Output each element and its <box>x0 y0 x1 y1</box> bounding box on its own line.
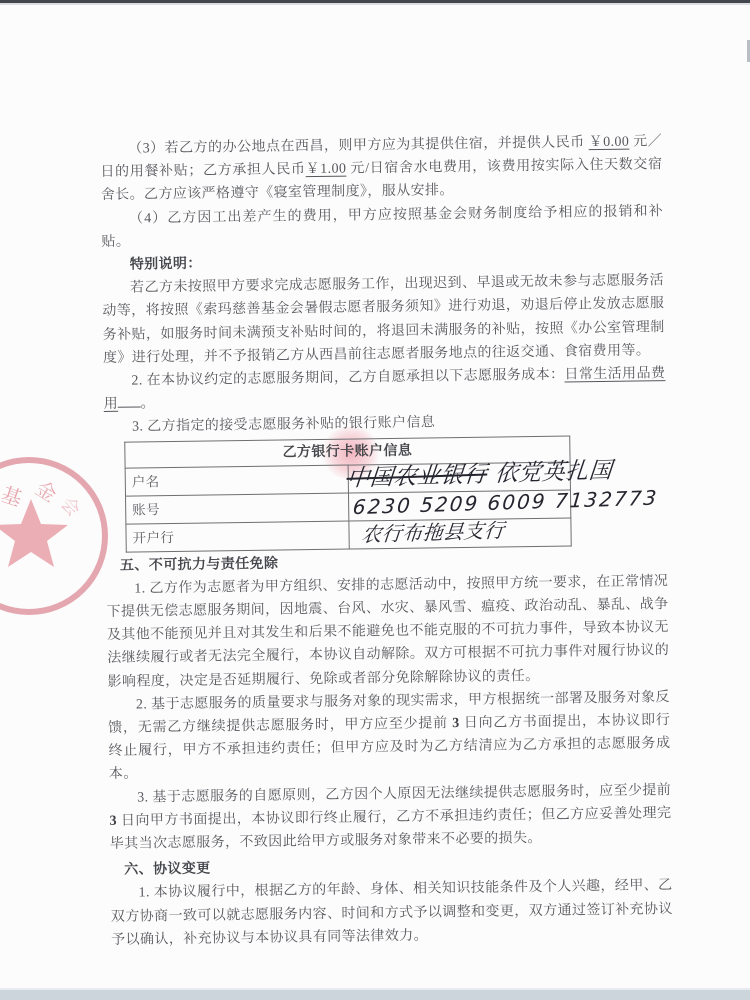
section-5-paragraph-3: 3. 基于志愿服务的自愿原则，乙方因个人原因无法继续提供志愿服务时，应至少提前 … <box>109 779 672 856</box>
underline-blank <box>118 393 141 408</box>
contract-body: （3）若乙方的办公地点在西昌，则甲方应为其提供住宿，并提供人民币 ￥0.00 元… <box>100 130 673 952</box>
account-name-label: 户名 <box>125 465 348 496</box>
svg-text:基: 基 <box>0 482 25 511</box>
svg-text:会: 会 <box>56 493 84 520</box>
special-note-label-text: 特别说明： <box>130 257 202 273</box>
special-note-body-text: 若乙方未按照甲方要求完成志愿服务工作，出现迟到、早退或无故未参与志愿服务活动等，… <box>102 273 664 365</box>
bank-account-table: 乙方银行卡账户信息 户名 中国农业银行 依党英扎国 账号 6230 5209 6… <box>124 435 572 552</box>
item-2-period: 。 <box>140 396 155 411</box>
bank-branch-value: 农行布拖县支行 <box>348 518 571 549</box>
meal-subsidy-amount: ￥0.00 <box>589 135 630 151</box>
clause-3-text: （3）若乙方的办公地点在西昌，则甲方应为其提供住宿，并提供人民币 <box>128 135 589 156</box>
account-number-label: 账号 <box>125 493 348 524</box>
handwritten-bank-branch: 农行布拖县支行 <box>360 519 505 547</box>
utility-fee-amount: ￥1.00 <box>305 162 346 178</box>
item-2-text: 2. 在本协议约定的志愿服务期间，乙方自愿承担以下志愿服务成本： <box>131 368 564 389</box>
account-name-value: 中国农业银行 依党英扎国 <box>348 462 571 493</box>
section-5-title-text: 五、不可抗力与责任免除 <box>120 556 279 573</box>
section-6-paragraph-1: 1. 本协议履行中，根据乙方的年龄、身体、相关知识技能条件及个人兴趣，经甲、乙双… <box>110 875 673 952</box>
bank-branch-label: 开户行 <box>126 521 349 552</box>
item-2-paragraph: 2. 在本协议约定的志愿服务期间，乙方自愿承担以下志愿服务成本：日常生活用品费用… <box>103 362 666 416</box>
clause-4-text: （4）乙方因工出差产生的费用，甲方应按照基金会财务制度给予相应的报销和补贴。 <box>101 204 663 250</box>
table-row: 开户行 农行布拖县支行 <box>126 518 571 552</box>
clause-3-paragraph: （3）若乙方的办公地点在西昌，则甲方应为其提供住宿，并提供人民币 ￥0.00 元… <box>100 130 663 207</box>
section-5-paragraph-1: 1. 乙方作为志愿者为甲方组织、安排的志愿活动中，按照甲方统一要求，在正常情况下… <box>106 570 670 694</box>
account-number-value: 6230 5209 6009 7132773 <box>348 490 571 521</box>
scan-bottom-edge <box>0 990 750 1000</box>
section-6-title-text: 六、协议变更 <box>124 862 211 878</box>
clause-4-paragraph: （4）乙方因工出差产生的费用，甲方应按照基金会财务制度给予相应的报销和补贴。 <box>101 200 664 254</box>
handwritten-holder-name: 依党英扎国 <box>493 457 613 487</box>
handwritten-account-number: 6230 5209 6009 7132773 <box>351 486 658 519</box>
section-5-paragraph-2: 2. 基于志愿服务的质量要求与服务对象的现实需求，甲方根据统一部署及服务对象反馈… <box>108 686 671 787</box>
svg-text:金: 金 <box>31 476 61 507</box>
item-3-text: 3. 乙方指定的接受志愿服务补贴的银行账户信息 <box>132 416 435 435</box>
section-5-p3-text: 3. 基于志愿服务的自愿原则，乙方因个人原因无法继续提供志愿服务时，应至少提前 <box>137 783 671 805</box>
section-5-p1-text: 1. 乙方作为志愿者为甲方组织、安排的志愿活动中，按照甲方统一要求，在正常情况下… <box>107 574 670 690</box>
scan-top-edge-shadow <box>0 3 750 5</box>
scanned-document-page: 基 金 会 · （3）若乙方的办公地点在西昌，则甲方应为其提供住宿，并提供人民币… <box>0 0 750 1000</box>
section-6-p1-text: 1. 本协议履行中，根据乙方的年龄、身体、相关知识技能条件及个人兴趣，经甲、乙双… <box>111 879 673 948</box>
special-note-body: 若乙方未按照甲方要求完成志愿服务工作，出现迟到、早退或无故未参与志愿服务活动等，… <box>102 269 665 370</box>
section-5-p3-text-2: 日向甲方书面提出，本协议即行终止履行，乙方不承担违约责任；但乙方应妥善处理完毕其… <box>110 806 672 852</box>
red-seal-stamp-icon: 基 金 会 · <box>0 452 114 620</box>
struck-bank-name: 中国农业银行 <box>345 461 488 491</box>
